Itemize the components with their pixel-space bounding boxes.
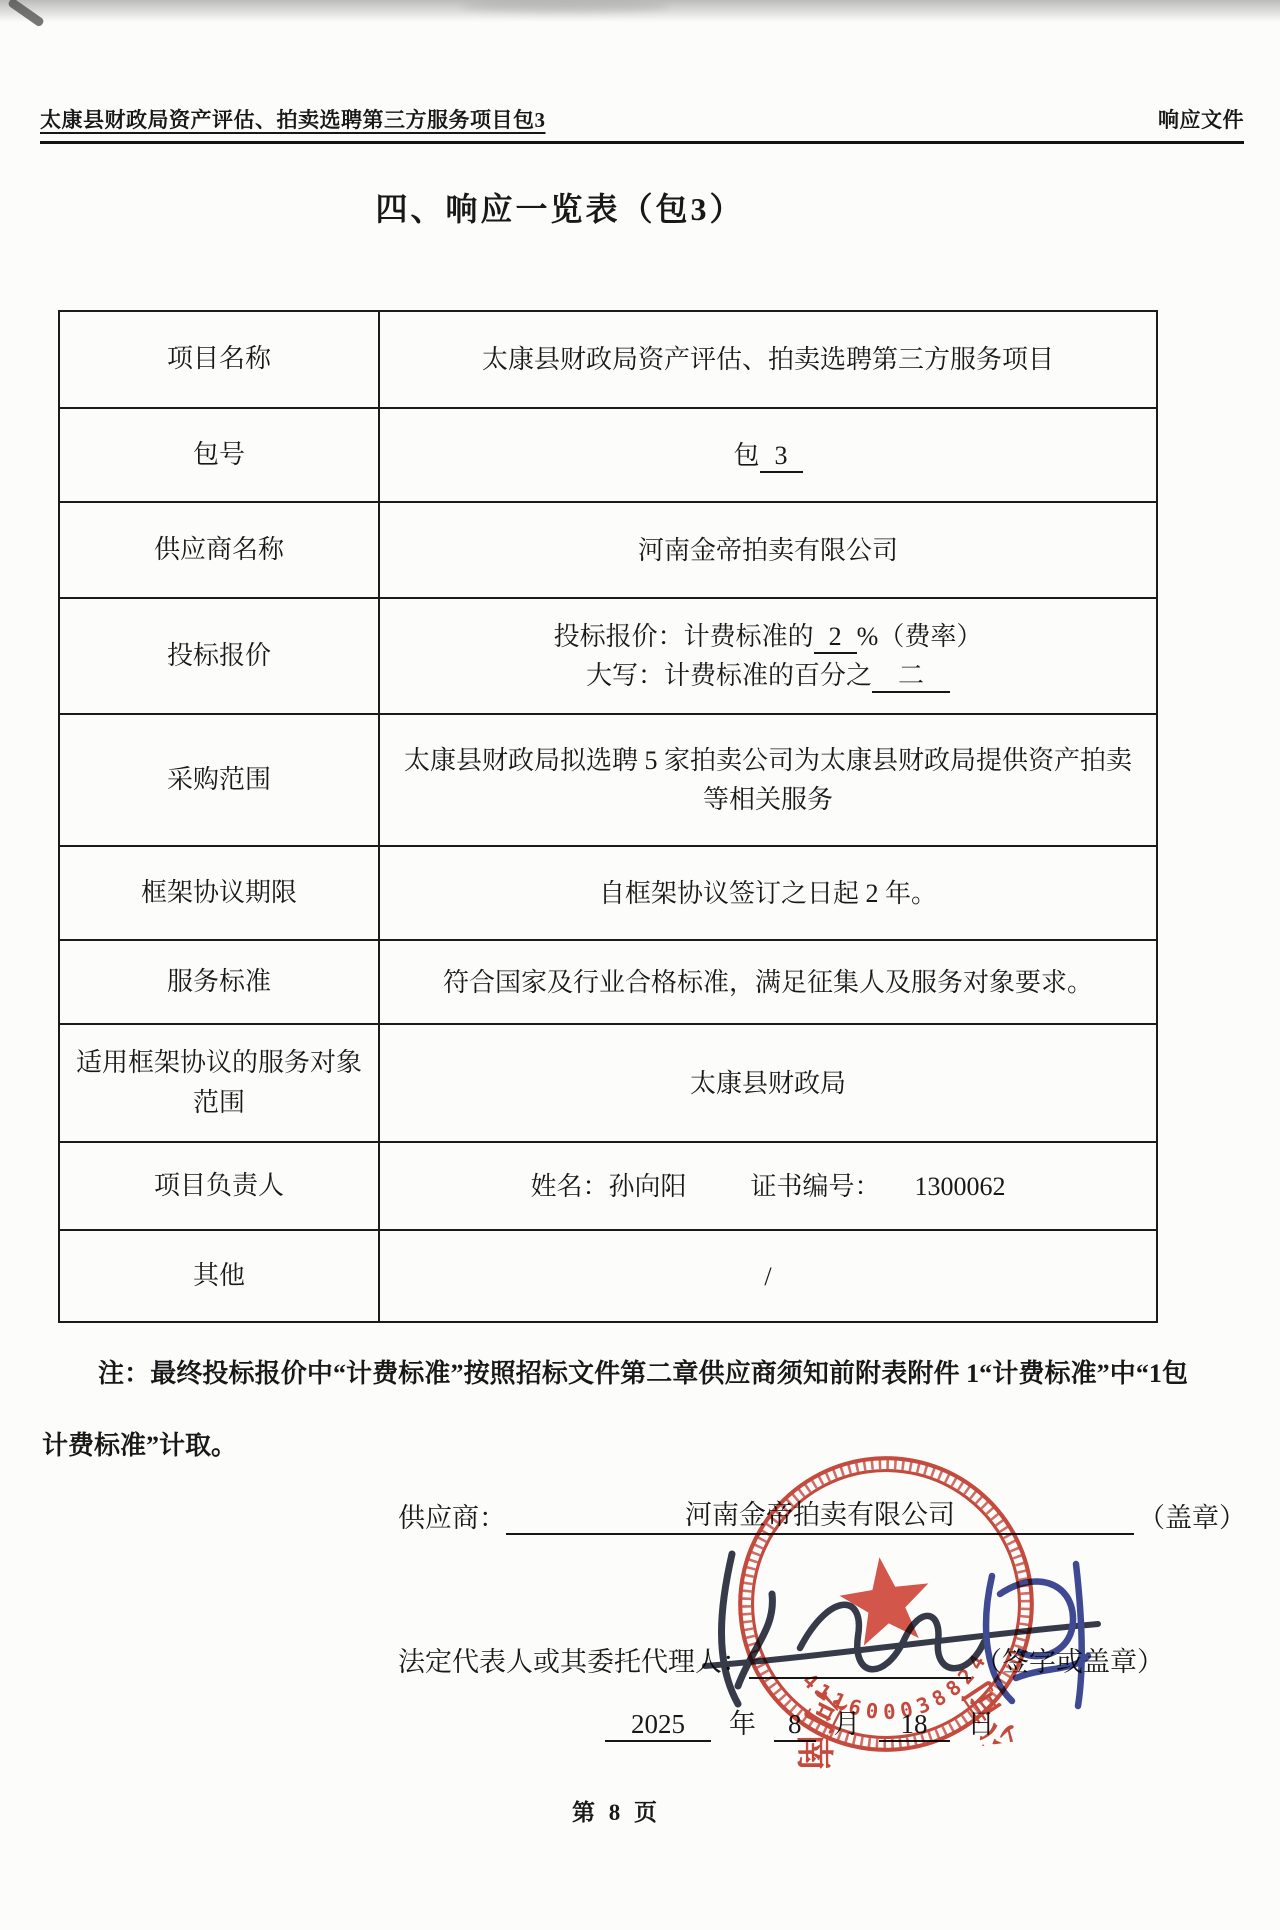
text-segment: 大写：计费标准的百分之 <box>586 661 872 690</box>
row-value: 太康县财政局拟选聘 5 家拍卖公司为太康县财政局提供资产拍卖等相关服务 <box>379 714 1157 846</box>
table-row: 投标报价投标报价：计费标准的2%（费率）大写：计费标准的百分之二 <box>59 598 1157 714</box>
response-table: 项目名称太康县财政局资产评估、拍卖选聘第三方服务项目包号包3供应商名称河南金帝拍… <box>58 310 1158 1323</box>
text-segment: 等相关服务 <box>703 785 833 814</box>
text-segment: 3 <box>760 440 803 473</box>
page-header: 太康县财政局资产评估、拍卖选聘第三方服务项目包3 响应文件 <box>40 104 1244 144</box>
text-segment: 太康县财政局资产评估、拍卖选聘第三方服务项目 <box>482 345 1054 374</box>
table-row: 服务标准符合国家及行业合格标准，满足征集人及服务对象要求。 <box>59 940 1157 1024</box>
table-row: 采购范围太康县财政局拟选聘 5 家拍卖公司为太康县财政局提供资产拍卖等相关服务 <box>59 714 1157 846</box>
row-value: 投标报价：计费标准的2%（费率）大写：计费标准的百分之二 <box>379 598 1157 714</box>
text-segment: 2 <box>814 621 857 654</box>
table-row: 包号包3 <box>59 408 1157 502</box>
seal-note: （盖章） <box>1138 1503 1246 1533</box>
row-label: 框架协议期限 <box>59 846 379 940</box>
supplier-label: 供应商： <box>398 1503 506 1533</box>
row-value: 姓名：孙向阳证书编号：1300062 <box>379 1142 1157 1230</box>
header-right-text: 响应文件 <box>1158 104 1244 134</box>
table-row: 供应商名称河南金帝拍卖有限公司 <box>59 502 1157 598</box>
row-label: 项目名称 <box>59 311 379 408</box>
page-number: 第 8 页 <box>572 1794 661 1827</box>
text-segment: 二 <box>872 660 950 693</box>
document-page: 太康县财政局资产评估、拍卖选聘第三方服务项目包3 响应文件 四、响应一览表（包3… <box>0 0 1280 1930</box>
row-label: 适用框架协议的服务对象范围 <box>59 1024 379 1142</box>
text-segment: 证书编号： <box>751 1172 881 1201</box>
table-row: 其他/ <box>59 1230 1157 1322</box>
row-value: 包3 <box>379 408 1157 502</box>
text-segment: 太康县财政局拟选聘 5 家拍卖公司为太康县财政局提供资产拍卖 <box>404 746 1132 775</box>
table-row: 框架协议期限自框架协议签订之日起 2 年。 <box>59 846 1157 940</box>
scan-smudge <box>460 0 670 12</box>
text-segment: 包 <box>733 441 759 470</box>
text-segment: 太康县财政局 <box>690 1069 846 1098</box>
row-label: 包号 <box>59 408 379 502</box>
text-segment: 投标报价：计费标准的 <box>554 622 814 651</box>
row-label: 投标报价 <box>59 598 379 714</box>
text-segment: 符合国家及行业合格标准，满足征集人及服务对象要求。 <box>443 968 1093 997</box>
row-value: 自框架协议签订之日起 2 年。 <box>379 846 1157 940</box>
text-segment: / <box>764 1262 771 1291</box>
row-value: / <box>379 1230 1157 1322</box>
company-stamp: 河南金帝拍卖有限公司 411600038824 <box>712 1430 1060 1778</box>
row-label: 服务标准 <box>59 940 379 1024</box>
row-value: 符合国家及行业合格标准，满足征集人及服务对象要求。 <box>379 940 1157 1024</box>
table-row: 项目负责人姓名：孙向阳证书编号：1300062 <box>59 1142 1157 1230</box>
text-segment: %（费率） <box>857 622 983 651</box>
stamp-star-icon <box>835 1551 936 1648</box>
row-label: 采购范围 <box>59 714 379 846</box>
row-value: 太康县财政局资产评估、拍卖选聘第三方服务项目 <box>379 311 1157 408</box>
row-label: 项目负责人 <box>59 1142 379 1230</box>
text-segment: 姓名：孙向阳 <box>530 1172 686 1201</box>
table-row: 适用框架协议的服务对象范围太康县财政局 <box>59 1024 1157 1142</box>
row-value: 河南金帝拍卖有限公司 <box>379 502 1157 598</box>
text-segment: 河南金帝拍卖有限公司 <box>638 536 898 565</box>
text-segment: 自框架协议签订之日起 2 年。 <box>599 879 937 908</box>
header-left-text: 太康县财政局资产评估、拍卖选聘第三方服务项目包3 <box>40 104 546 134</box>
page-title: 四、响应一览表（包3） <box>0 184 1120 230</box>
row-label: 其他 <box>59 1230 379 1322</box>
row-value: 太康县财政局 <box>379 1024 1157 1142</box>
response-table-body: 项目名称太康县财政局资产评估、拍卖选聘第三方服务项目包号包3供应商名称河南金帝拍… <box>59 311 1157 1322</box>
text-segment: 1300062 <box>915 1172 1006 1201</box>
row-label: 供应商名称 <box>59 502 379 598</box>
table-row: 项目名称太康县财政局资产评估、拍卖选聘第三方服务项目 <box>59 311 1157 408</box>
